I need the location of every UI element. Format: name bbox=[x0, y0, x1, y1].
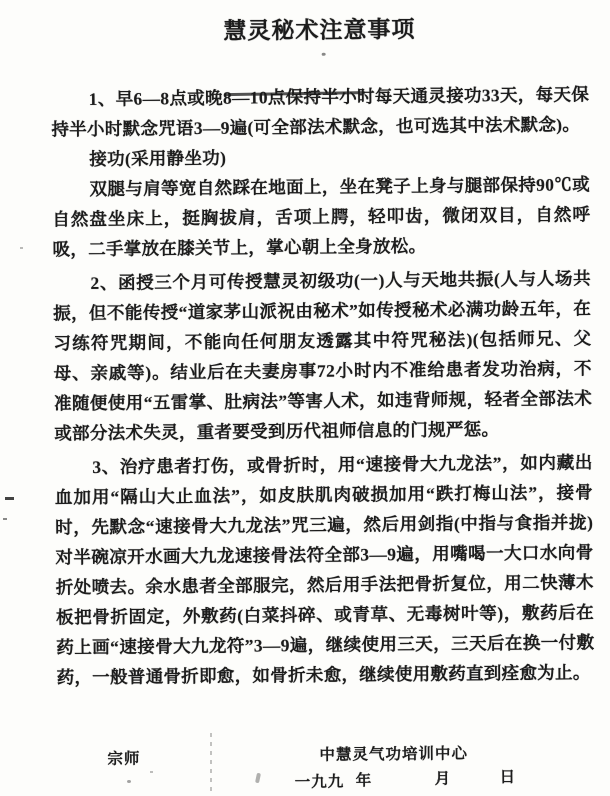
date-year-prefix: 一九九 bbox=[295, 773, 345, 793]
organization-name: 中慧灵气功培训中心 bbox=[319, 744, 468, 765]
grandmaster-label: 宗师 bbox=[107, 750, 140, 770]
date-month-character: 月 bbox=[435, 770, 452, 790]
paragraph-1-daily-practice: 1、早6—8点或晚8—10点保持半小时每天通灵接功33天，每天保持半小时默念咒语… bbox=[51, 79, 590, 144]
document-title: 慧灵秘术注意事项 bbox=[50, 11, 588, 50]
document-body: 1、早6—8点或晚8—10点保持半小时每天通灵接功33天，每天保持半小时默念咒语… bbox=[51, 79, 595, 692]
scanned-document-page: 慧灵秘术注意事项 1、早6—8点或晚8—10点保持半小时每天通灵接功33天，每天… bbox=[0, 0, 610, 796]
date-year-character: 年 bbox=[356, 771, 373, 791]
paragraph-3-sitting-posture: 双腿与肩等宽自然踩在地面上，坐在凳子上身与腿部保持90℃或自然盘坐床上，挺胸拔肩… bbox=[52, 169, 591, 264]
date-day-character: 日 bbox=[500, 768, 517, 788]
document-sheet: 慧灵秘术注意事项 1、早6—8点或晚8—10点保持半小时每天通灵接功33天，每天… bbox=[0, 0, 610, 796]
scan-dot-below-title bbox=[322, 53, 326, 56]
paragraph-5-bone-setting-method: 3、治疗患者打伤，或骨折时，用“速接骨大九龙法”，如内藏出血加用“隔山大止血法”… bbox=[54, 447, 594, 692]
paragraph-4-transmission-rules: 2、函授三个月可传授慧灵初级功(一)人与天地共振(人与人场共振，但不能传授“道家… bbox=[53, 263, 593, 448]
